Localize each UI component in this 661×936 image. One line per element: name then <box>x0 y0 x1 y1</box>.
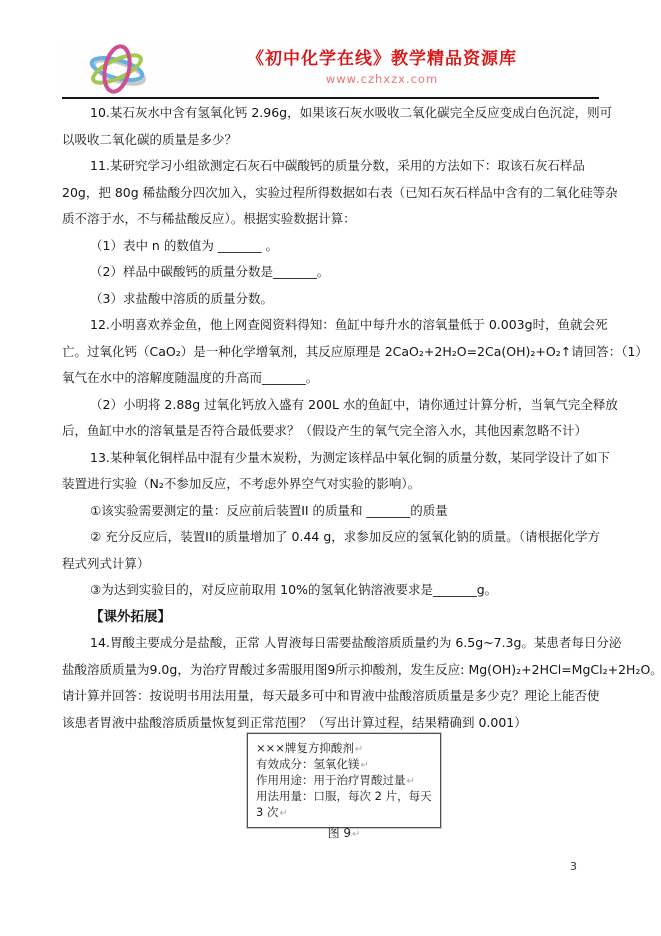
section-heading-extracurricular: 【课外拓展】 <box>62 604 602 631</box>
q13-sub1: ①该实验需要测定的量：反应前后装置II 的质量和 _______的质量 <box>62 498 602 525</box>
q13-sub3: ③为达到实验目的，对反应前取用 10%的氢氧化钠溶液要求是_______g。 <box>62 577 602 604</box>
return-mark: ↵ <box>352 829 360 840</box>
return-mark: ↵ <box>355 744 363 755</box>
site-url: www.czhxzx.com <box>172 72 592 86</box>
q13-line: 装置进行实验（N₂不参加反应，不考虑外界空气对实验的影响）。 <box>62 471 602 498</box>
q11-line: 11.某研究学习小组欲测定石灰石中碳酸钙的质量分数，采用的方法如下：取该石灰石样… <box>62 153 602 180</box>
return-mark: ↵ <box>407 776 415 787</box>
q13-line: 13.某种氧化铜样品中混有少量木炭粉，为测定该样品中氧化铜的质量分数，某同学设计… <box>62 445 602 472</box>
document-body: 10.某石灰水中含有氢氧化钙 2.96g，如果该石灰水吸收二氧化碳完全反应变成白… <box>62 100 602 736</box>
figure-caption: 图 9↵ <box>247 824 441 841</box>
return-mark: ↵ <box>279 808 287 819</box>
q12-line: 氧气在水中的溶解度随温度的升高而_______。 <box>62 365 602 392</box>
q14-line: 请计算并回答：按说明书用法用量，每天最多可中和胃液中盐酸溶质质量是多少克？理论上… <box>62 683 602 710</box>
return-mark: ↵ <box>361 760 369 771</box>
q12-sub2: （2）小明将 2.88g 过氧化钙放入盛有 200L 水的鱼缸中，请你通过计算分… <box>62 392 602 419</box>
label-line: 用法用量：口服，每次 2 片，每天 <box>256 789 432 805</box>
q11-line: 20g，把 80g 稀盐酸分四次加入，实验过程所得数据如右表（已知石灰石样品中含… <box>62 180 602 207</box>
medicine-label-box: ×××牌复方抑酸剂↵ 有效成分：氢氧化镁↵ 作用用途：用于治疗胃酸过量↵ 用法用… <box>247 733 441 828</box>
label-line: ×××牌复方抑酸剂↵ <box>256 741 432 757</box>
q12-sub2: 后，鱼缸中水的溶氧量是否符合最低要求？（假设产生的氧气完全溶入水，其他因素忽略不… <box>62 418 602 445</box>
q11-line: 质不溶于水，不与稀盐酸反应）。根据实验数据计算： <box>62 206 602 233</box>
label-line: 3 次↵ <box>256 805 432 821</box>
q10-line: 以吸收二氧化碳的质量是多少？ <box>62 127 602 154</box>
label-line: 作用用途：用于治疗胃酸过量↵ <box>256 773 432 789</box>
site-header: 《初中化学在线》教学精品资源库 www.czhxzx.com <box>62 42 598 97</box>
q11-sub1: （1）表中 n 的数值为 _______ 。 <box>62 233 602 260</box>
q14-line: 盐酸溶质质量为9.0g，为治疗胃酸过多需服用图9所示抑酸剂，发生反应: Mg(O… <box>62 657 602 684</box>
q13-sub2: 程式列式计算） <box>62 551 602 578</box>
document-page: 《初中化学在线》教学精品资源库 www.czhxzx.com 10.某石灰水中含… <box>0 0 661 936</box>
site-title: 《初中化学在线》教学精品资源库 <box>172 44 592 69</box>
q13-sub2: ② 充分反应后，装置II的质量增加了 0.44 g，求参加反应的氢氧化钠的质量。… <box>62 524 602 551</box>
atom-logo-icon <box>74 42 160 97</box>
q14-line: 14.胃酸主要成分是盐酸，正常 人胃液每日需要盐酸溶质质量约为 6.5g~7.3… <box>62 630 602 657</box>
header-divider <box>62 97 599 99</box>
q10-line: 10.某石灰水中含有氢氧化钙 2.96g，如果该石灰水吸收二氧化碳完全反应变成白… <box>62 100 602 127</box>
q11-sub2: （2）样品中碳酸钙的质量分数是_______。 <box>62 259 602 286</box>
q11-sub3: （3）求盐酸中溶质的质量分数。 <box>62 286 602 313</box>
header-text-block: 《初中化学在线》教学精品资源库 www.czhxzx.com <box>172 44 592 86</box>
q12-line: 12.小明喜欢养金鱼，他上网查阅资料得知：鱼缸中每升水的溶氧量低于 0.003g… <box>62 312 602 339</box>
q12-line: 亡。过氧化钙（CaO₂）是一种化学增氧剂，其反应原理是 2CaO₂+2H₂O=2… <box>62 339 602 366</box>
label-line: 有效成分：氢氧化镁↵ <box>256 757 432 773</box>
page-number: 3 <box>570 860 577 873</box>
